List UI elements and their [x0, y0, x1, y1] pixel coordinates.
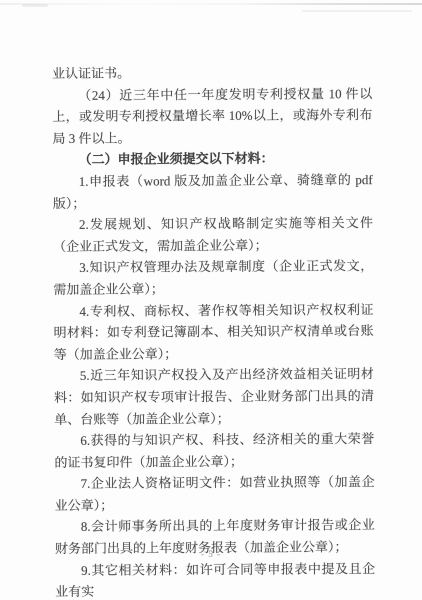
page-number: - 5 -: [0, 549, 422, 559]
section-2-heading: （二）申报企业须提交以下材料：: [53, 147, 373, 171]
material-item-2: 2.发展规划、知识产权战略制定实施等相关文件（企业正式发文，需加盖企业公章）；: [53, 212, 373, 257]
material-item-6: 6.获得的与知识产权、科技、经济相关的重大荣誉的证书复印件（加盖企业公章）；: [54, 428, 374, 473]
paragraph-continuation: 业认证证书。: [52, 61, 372, 85]
document-text-block: 业认证证书。 （24）近三年中任一年度发明专利授权量 10 件以上，或发明专利授…: [52, 61, 375, 600]
material-item-5: 5.近三年知识产权投入及产出经济效益相关证明材料：如知识产权专项审计报告、企业财…: [54, 363, 374, 430]
material-item-7: 7.企业法人资格证明文件：如营业执照等（加盖企业公章）；: [55, 471, 375, 516]
material-item-1: 1.申报表（word 版及加盖企业公章、骑缝章的 pdf 版）；: [53, 169, 373, 214]
material-item-4: 4.专利权、商标权、著作权等相关知识产权权利证明材料：如专利登记簿副本、相关知识…: [53, 299, 373, 366]
clause-24: （24）近三年中任一年度发明专利授权量 10 件以上，或发明专利授权量增长率 1…: [52, 83, 372, 150]
scan-edge-artifact: [0, 3, 422, 5]
material-item-9: 9.其它相关材料：如许可合同等申报表中提及且企业有实: [55, 558, 375, 600]
material-item-3: 3.知识产权管理办法及规章制度（企业正式发文，需加盖企业公章）；: [53, 255, 373, 300]
scan-streak-artifact: [302, 10, 412, 12]
scan-smudge-artifact: [22, 4, 48, 7]
document-page: 业认证证书。 （24）近三年中任一年度发明专利授权量 10 件以上，或发明专利授…: [0, 0, 422, 600]
